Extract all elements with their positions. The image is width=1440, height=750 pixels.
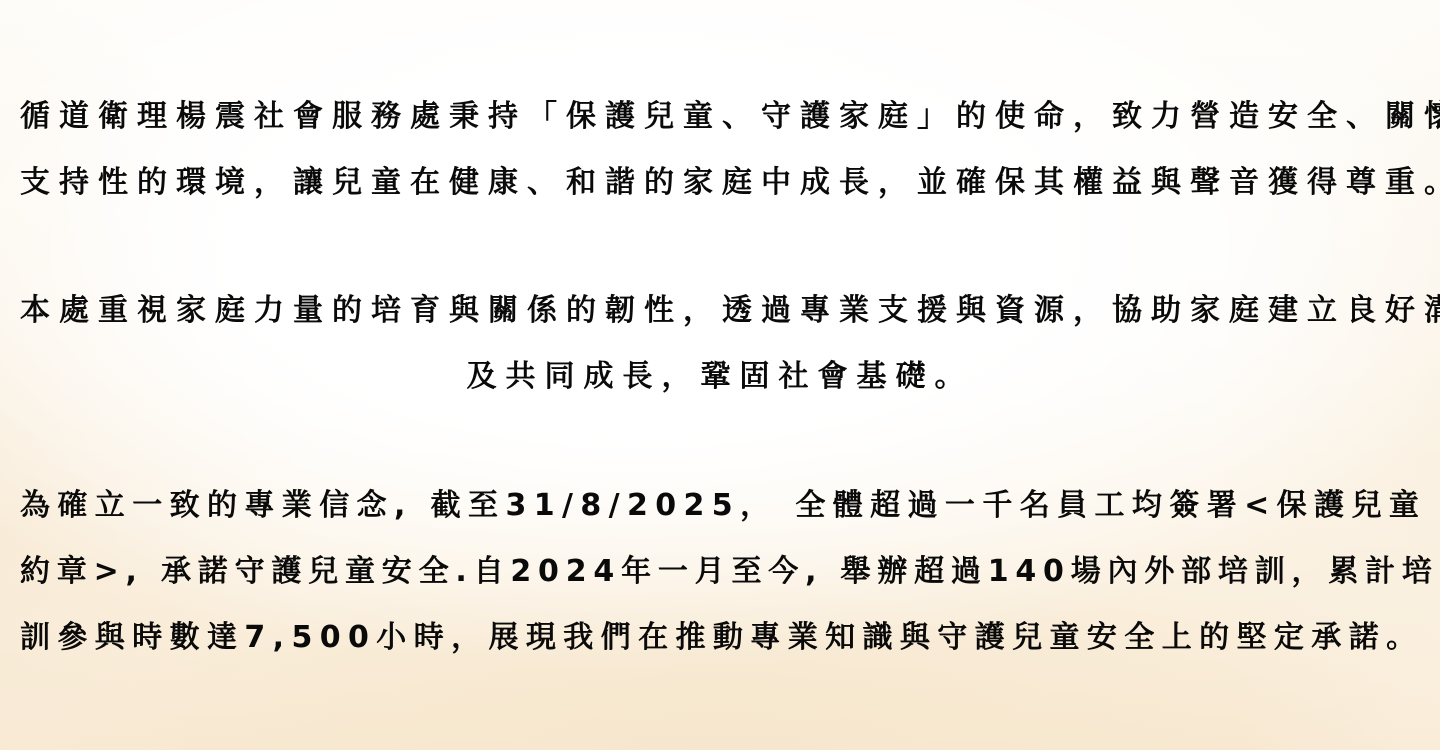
paragraph-mission: 循道衛理楊震社會服務處秉持「保護兒童、守護家庭」的使命，致力營造安全、關懷及 支… [20,84,1420,216]
text-line: 本處重視家庭力量的培育與關係的韌性，透過專業支援與資源，協助家庭建立良好溝通 [20,278,1420,344]
text-line: 訓參與時數達7,500小時，展現我們在推動專業知識與守護兒童安全上的堅定承諾。 [20,605,1420,671]
document-body: 循道衛理楊震社會服務處秉持「保護兒童、守護家庭」的使命，致力營造安全、關懷及 支… [0,0,1440,750]
paragraph-family-support: 本處重視家庭力量的培育與關係的韌性，透過專業支援與資源，協助家庭建立良好溝通 及… [20,278,1420,410]
paragraph-training-commitment: 為確立一致的專業信念, 截至31/8/2025， 全體超過一千名員工均簽署<保護… [20,473,1420,671]
text-line: 及共同成長，鞏固社會基礎。 [20,344,1420,410]
text-line: 循道衛理楊震社會服務處秉持「保護兒童、守護家庭」的使命，致力營造安全、關懷及 [20,84,1420,150]
text-line: 為確立一致的專業信念, 截至31/8/2025， 全體超過一千名員工均簽署<保護… [20,473,1420,539]
text-line: 約章>, 承諾守護兒童安全.自2024年一月至今, 舉辦超過140場內外部培訓，… [20,539,1420,605]
text-line: 支持性的環境，讓兒童在健康、和諧的家庭中成長，並確保其權益與聲音獲得尊重。 [20,150,1420,216]
